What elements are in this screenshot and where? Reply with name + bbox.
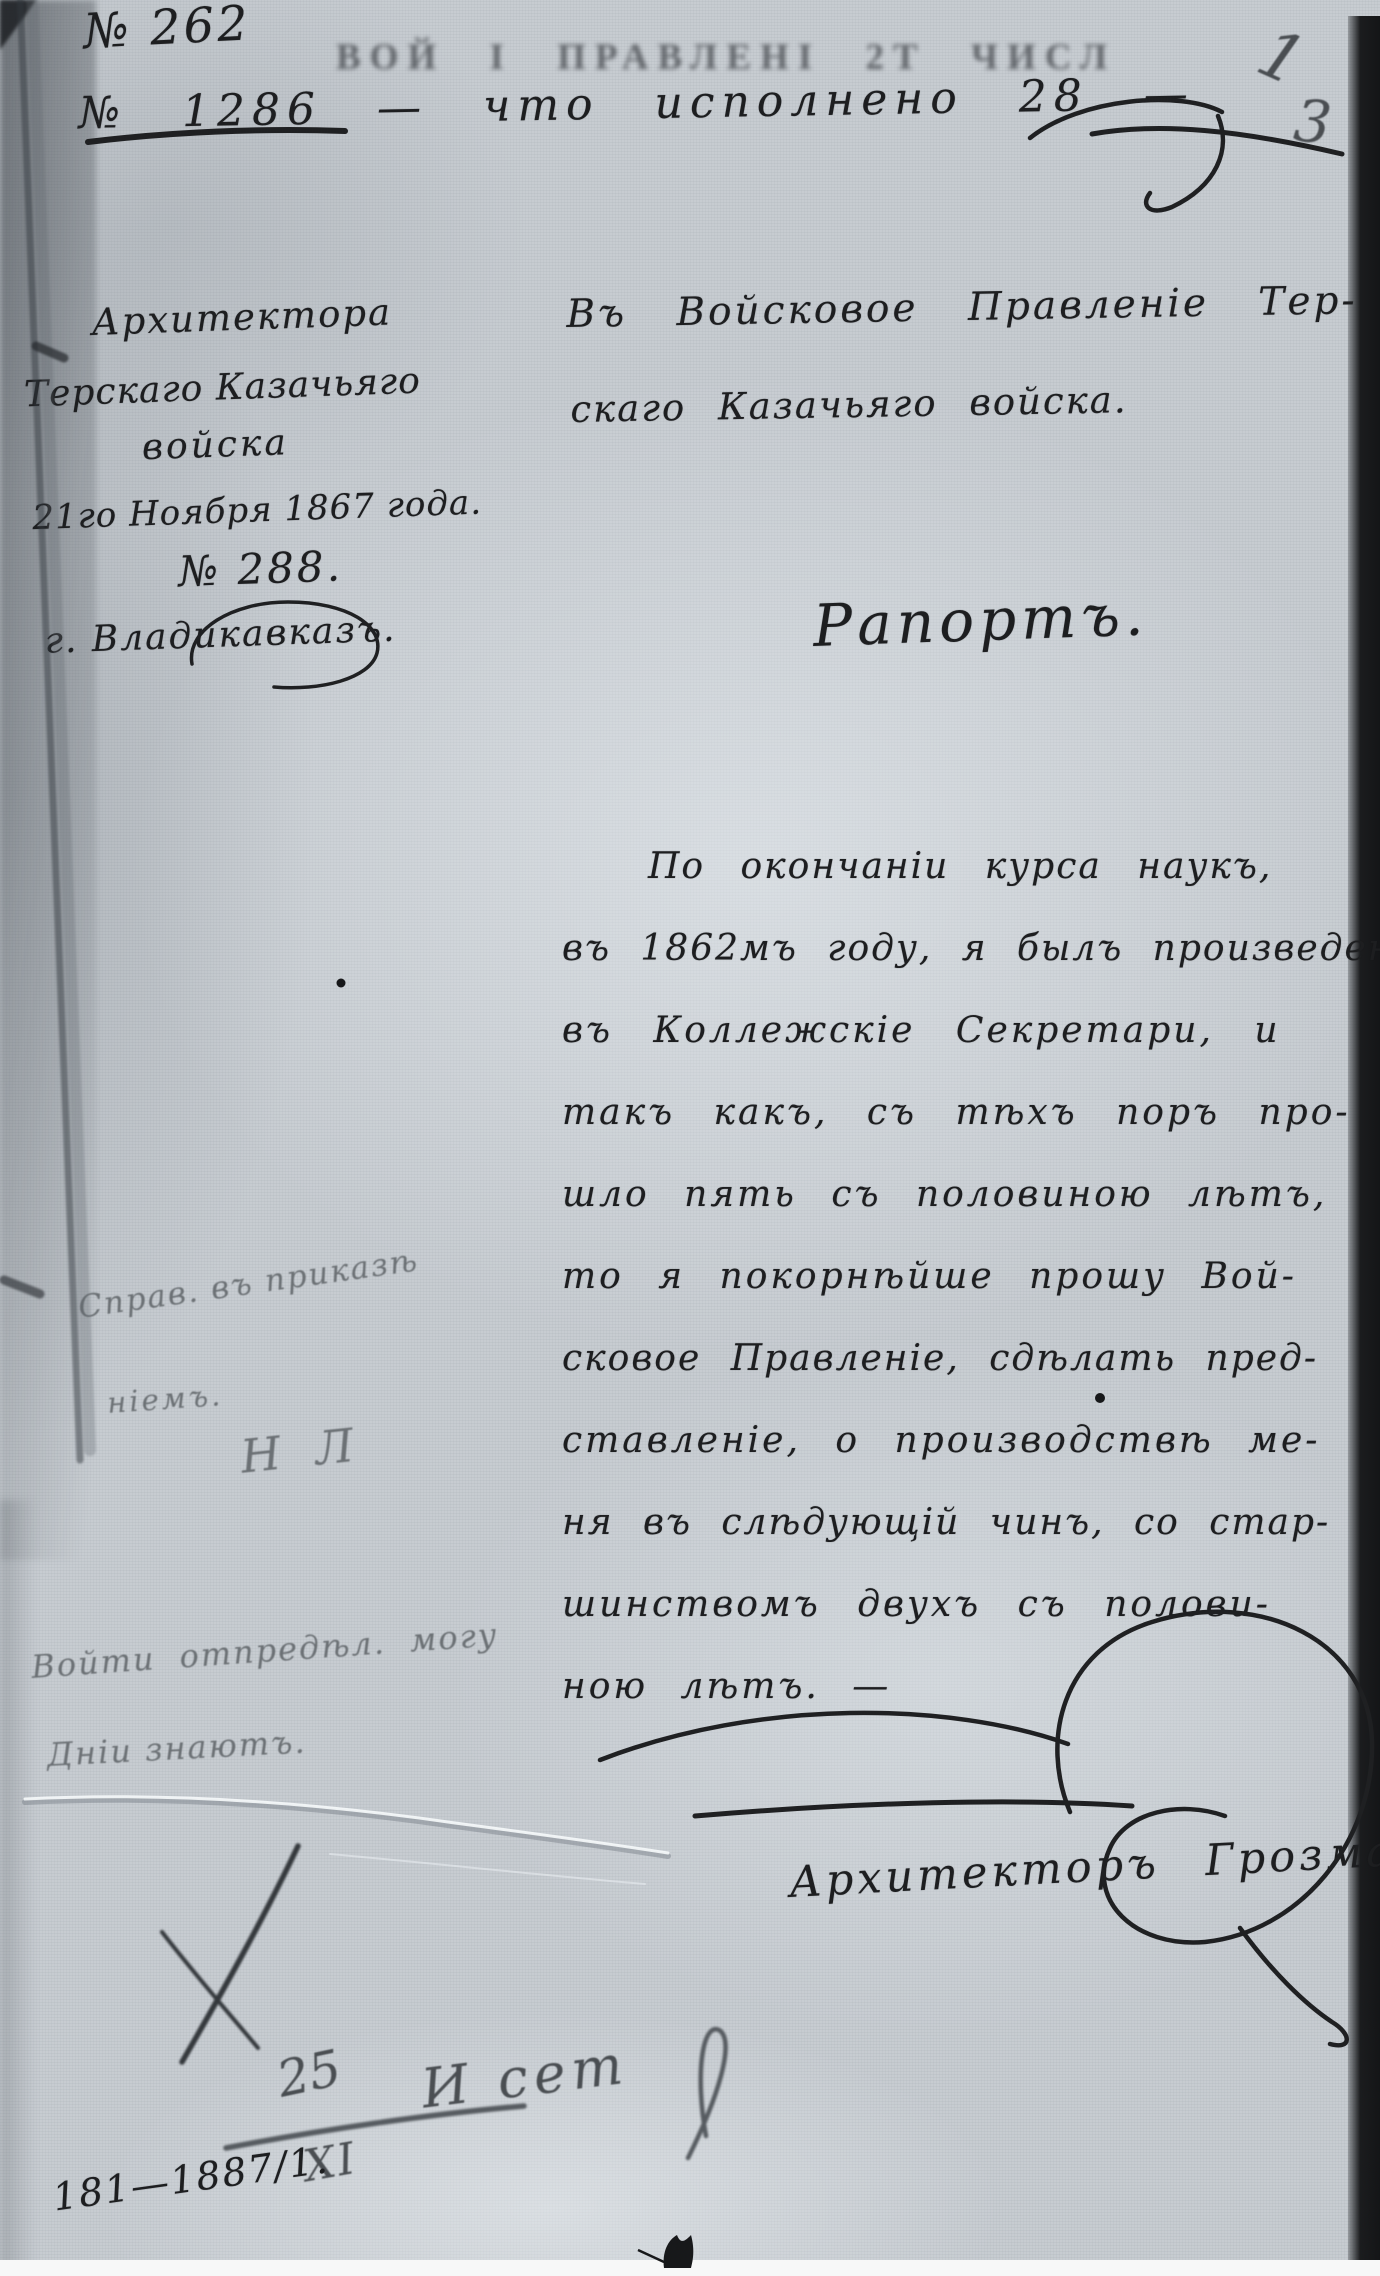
archival-number: 181—1887/1. [50,2137,332,2219]
page-number-pencil-bottom: 3 [1291,86,1335,157]
docket-line: № 1286 — что исполнено 28 — [78,69,1195,139]
body-line: сковое Правленіе, сдѣлать пред- [562,1338,1318,1379]
report-title: Рапортъ. [812,580,1149,660]
body-line: ня въ слѣдующій чинъ, со стар- [562,1502,1330,1543]
document-date: 21го Ноября 1867 года. [32,482,507,539]
body-line: ставленіе, о производствѣ ме- [562,1420,1320,1461]
pencil-date-numerator: 25 [272,2039,346,2109]
sender-host-line-2: войска [141,415,504,469]
scan-edge-black-border [1348,16,1380,2262]
pencil-note-2-line-1: Войти отпредѣл. могу [30,1615,499,1686]
signature: Архитекторъ Грозмани [788,1823,1380,1908]
scan-bottom-margin [0,2260,1380,2276]
pencil-cross-mark [162,1846,298,2062]
left-binding-fold-shadow [0,0,96,1560]
recipient-line-1: Въ Войсковое Правленіе Тер- [566,278,1358,337]
pencil-note-1-line-2: ніемъ. [106,1378,224,1420]
body-line: шинствомъ двухъ съ полови- [562,1584,1271,1625]
body-line: По окончаніи курса наукъ, [648,846,1272,887]
pencil-note-2-line-2: Дніи знаютъ. [46,1722,307,1774]
left-edge-shadow [0,1500,40,2276]
outgoing-number: № 288. [177,536,509,596]
body-line: такъ какъ, съ тѣхъ поръ про- [562,1092,1351,1133]
recipient-line-2: скаго Казачьяго войска. [570,378,1128,431]
place-line: г. Владикавказъ. [44,605,511,662]
body-line: то я покорнѣйше прошу Вой- [562,1256,1297,1297]
paper-crease [25,1797,668,1884]
sender-block: Архитектора Терскаго Казачьяго войска 21… [19,287,511,663]
sender-office-line: Архитектора [91,287,500,344]
pencil-note-1-line-1: Справ. въ приказѣ [76,1242,421,1325]
body-line: шло пять съ половиною лѣтъ, [562,1174,1327,1215]
sender-host-line: Терскаго Казачьяго [23,358,502,416]
registration-number: № 262 [82,0,252,60]
body-line: ною лѣтъ. — [562,1666,891,1707]
body-line: въ Коллежскіе Секретари, и [562,1010,1281,1051]
pencil-clerk-mark: И сет [418,2033,632,2121]
pencil-note-1-initials: Н Л [238,1417,366,1484]
scanned-report-page: ВОЙ І ПРАВЛЕНІ 2Т ЧИСЛ № 262 № 1286 — чт… [0,0,1380,2276]
body-line: въ 1862мъ году, я былъ произведенъ [562,928,1380,969]
